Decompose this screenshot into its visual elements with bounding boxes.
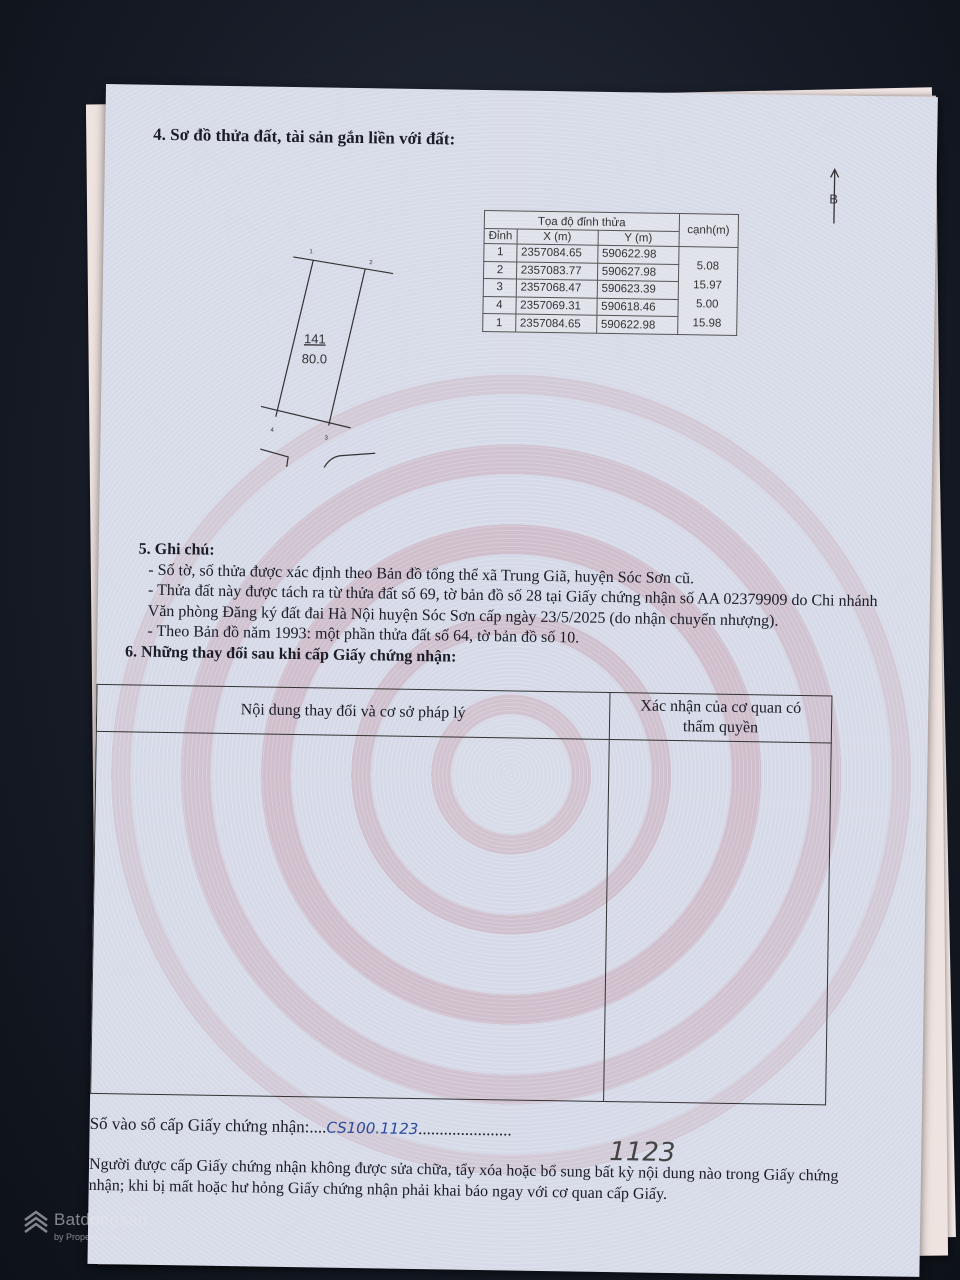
svg-text:3: 3 <box>324 435 328 441</box>
svg-text:4: 4 <box>271 428 275 434</box>
section4-heading: 4. Sơ đồ thửa đất, tài sản gắn liền với … <box>153 125 455 150</box>
changes-col-confirmation: Xác nhận của cơ quan có thẩm quyền <box>609 692 832 742</box>
edge-lengths: 5.08 15.97 5.00 15.98 <box>677 247 737 336</box>
parcel-area: 80.0 <box>302 351 328 366</box>
watermark-brand: Batdongsan <box>54 1210 148 1230</box>
svg-text:1: 1 <box>309 249 313 255</box>
parcel-number: 141 <box>304 331 326 346</box>
watermark: com.vn Batdongsan by PropertyGuru <box>22 1208 50 1243</box>
changes-confirmation-cell <box>604 739 832 1104</box>
y-header: Y (m) <box>598 230 679 246</box>
north-label: B <box>829 191 838 206</box>
section5-notes: 5. Ghi chú: - Số tờ, số thửa được xác đị… <box>137 540 899 675</box>
coordinate-table: Tọa độ đỉnh thửa cạnh(m) Đỉnh X (m) Y (m… <box>482 210 739 336</box>
parcel-diagram: 1 2 3 4 141 80.0 <box>260 246 413 468</box>
registry-handwritten-number: CS100.1123 <box>326 1119 418 1138</box>
vertex-header: Đỉnh <box>484 228 517 244</box>
registry-number-line: Số vào sổ cấp Giấy chứng nhận:....CS100.… <box>90 1114 512 1141</box>
registry-label: Số vào sổ cấp Giấy chứng nhận: <box>90 1114 310 1136</box>
changes-content-cell <box>91 731 610 1101</box>
edge-header: cạnh(m) <box>679 214 739 248</box>
north-arrow-icon: B <box>824 165 845 225</box>
batdongsan-logo-icon <box>22 1208 50 1238</box>
svg-text:2: 2 <box>369 260 373 266</box>
watermark-byline: by PropertyGuru <box>54 1232 120 1242</box>
changes-table: Nội dung thay đổi và cơ sở pháp lý Xác n… <box>90 684 832 1106</box>
land-certificate-page: 4. Sơ đồ thửa đất, tài sản gắn liền với … <box>87 84 937 1277</box>
changes-col-content: Nội dung thay đổi và cơ sở pháp lý <box>96 684 610 739</box>
x-header: X (m) <box>517 229 598 245</box>
warning-text: Người được cấp Giấy chứng nhận không đượ… <box>89 1154 870 1208</box>
